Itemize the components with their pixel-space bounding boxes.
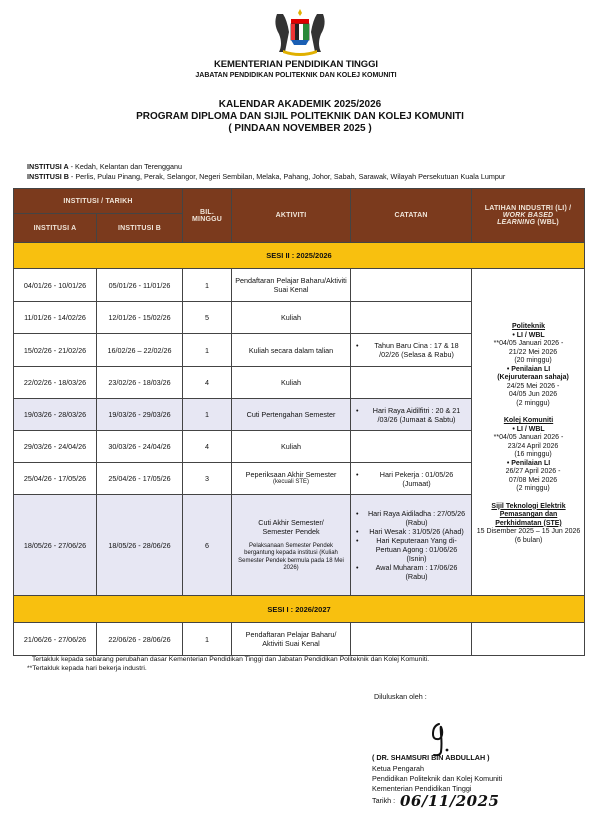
header-bil: BIL.: [200, 209, 214, 216]
notes: [351, 269, 472, 302]
li-politeknik-penilaian-label: Penilaian LI: [476, 366, 581, 375]
activity-text: Cuti Akhir Semester/ Semester Pendek: [236, 518, 346, 537]
week-count: 6: [183, 495, 232, 596]
activity: Kuliah: [232, 367, 351, 399]
date-institusi-a: 18/05/26 - 27/06/26: [14, 495, 97, 596]
activity-subnote: (kecuali STE): [232, 479, 350, 487]
note-item: Hari Raya Aidilfitri : 20 & 21 /03/26 (J…: [356, 406, 467, 424]
date-institusi-b: 23/02/26 - 18/03/26: [97, 367, 183, 399]
notes: [351, 431, 472, 463]
header-institusi-a: INSTITUSI A: [14, 214, 97, 243]
note-item: Hari Wesak : 31/05/26 (Ahad): [356, 527, 467, 536]
date-institusi-b: 05/01/26 - 11/01/26: [97, 269, 183, 302]
note-item: Tahun Baru Cina : 17 & 18 /02/26 (Selasa…: [356, 341, 467, 359]
header-aktiviti: AKTIVITI: [232, 189, 351, 243]
date-institusi-b: 25/04/26 - 17/05/26: [97, 463, 183, 495]
date-institusi-a: 19/03/26 - 28/03/26: [14, 399, 97, 431]
handwritten-signature-icon: [425, 720, 455, 756]
activity-text: Peperiksaan Akhir Semester: [246, 470, 337, 479]
header-institusi-tarikh: INSTITUSI / TARIKH: [14, 189, 183, 214]
signatory-name: ( DR. SHAMSURI BIN ABDULLAH ): [372, 753, 490, 763]
week-count: 1: [183, 334, 232, 367]
footnote-industry: **Tertakluk kepada hari bekerja industri…: [27, 664, 147, 673]
activity: Kuliah: [232, 431, 351, 463]
note-item: Hari Raya Aidiladha : 27/05/26 (Rabu): [356, 509, 467, 527]
institution-a-label: INSTITUSI A: [27, 162, 69, 171]
header-bil-minggu: BIL.MINGGU: [183, 189, 232, 243]
activity: Cuti Akhir Semester/ Semester PendekPela…: [232, 495, 351, 596]
note-item: Awal Muharam : 17/06/26 (Rabu): [356, 563, 467, 581]
latihan-industri-cell: Politeknik LI / WBL **04/05 Januari 2026…: [472, 269, 585, 596]
session-label: SESI I : 2026/2027: [14, 596, 585, 623]
date-institusi-a: 15/02/26 - 21/02/26: [14, 334, 97, 367]
note-item: Hari Pekerja : 01/05/26 (Jumaat): [356, 470, 467, 488]
header-minggu: MINGGU: [192, 216, 222, 223]
header-li-line4: (WBL): [535, 219, 559, 226]
date-institusi-b: 22/06/26 - 28/06/26: [97, 623, 183, 656]
activity-subnote: Pelaksanaan Semester Pendek bergantung k…: [236, 543, 346, 573]
academic-calendar-table: INSTITUSI / TARIKH BIL.MINGGU AKTIVITI C…: [13, 188, 585, 656]
footnote-policy: Tertakluk kepada sebarang perubahan dasa…: [32, 655, 429, 664]
handwritten-date: 06/11/2025: [400, 792, 499, 810]
li-politeknik-dates: **04/05 Januari 2026 -: [494, 340, 564, 347]
date-institusi-b: 30/03/26 - 24/04/26: [97, 431, 183, 463]
li-ste-heading: Sijil Teknologi Elektrik Pemasangan dan …: [476, 503, 581, 529]
date-institusi-b: 12/01/26 - 15/02/26: [97, 302, 183, 334]
session-band: SESI II : 2025/2026: [14, 243, 585, 269]
amendment-note: ( PINDAAN NOVEMBER 2025 ): [0, 123, 592, 135]
notes: [351, 302, 472, 334]
li-kolej-duration: (16 minggu): [476, 451, 581, 460]
signatory-department: Pendidikan Politeknik dan Kolej Komuniti: [372, 774, 502, 784]
activity: Peperiksaan Akhir Semester(kecuali STE): [232, 463, 351, 495]
date-institusi-b: 18/05/26 - 28/06/26: [97, 495, 183, 596]
li-politeknik-penilaian-dates: 24/25 Mei 2026 -: [476, 383, 581, 392]
notes: [351, 367, 472, 399]
date-institusi-b: 16/02/26 – 22/02/26: [97, 334, 183, 367]
week-count: 1: [183, 269, 232, 302]
department-name: JABATAN PENDIDIKAN POLITEKNIK DAN KOLEJ …: [0, 72, 592, 79]
ministry-name: KEMENTERIAN PENDIDIKAN TINGGI: [0, 59, 592, 70]
activity: Cuti Pertengahan Semester: [232, 399, 351, 431]
document-title: KALENDAR AKADEMIK 2025/2026: [0, 99, 592, 111]
week-count: 4: [183, 367, 232, 399]
date-institusi-a: 21/06/26 - 27/06/26: [14, 623, 97, 656]
header-latihan-industri: LATIHAN INDUSTRI (LI) /WORK BASEDLEARNIN…: [472, 189, 585, 243]
header-institusi-b: INSTITUSI B: [97, 214, 183, 243]
institution-a-states: - Kedah, Kelantan dan Terengganu: [69, 162, 182, 171]
date-label: Tarikh :: [372, 796, 395, 806]
institution-b-legend: INSTITUSI B - Perlis, Pulau Pinang, Pera…: [27, 172, 505, 182]
header-li-line3: LEARNING: [497, 219, 535, 226]
header-li-line1: LATIHAN INDUSTRI (LI) /: [485, 205, 572, 212]
institution-b-label: INSTITUSI B: [27, 172, 69, 181]
li-kolej-dates-end: 23/24 April 2026: [476, 443, 581, 452]
date-institusi-b: 19/03/26 - 29/03/26: [97, 399, 183, 431]
header-catatan: CATATAN: [351, 189, 472, 243]
session-label: SESI II : 2025/2026: [14, 243, 585, 269]
li-kolej-penilaian-duration: (2 minggu): [476, 485, 581, 494]
notes: Tahun Baru Cina : 17 & 18 /02/26 (Selasa…: [351, 334, 472, 367]
notes: Hari Raya Aidilfitri : 20 & 21 /03/26 (J…: [351, 399, 472, 431]
institution-a-legend: INSTITUSI A - Kedah, Kelantan dan Tereng…: [27, 162, 182, 172]
li-kolej-penilaian-label: Penilaian LI: [476, 460, 581, 469]
li-kolej-heading: Kolej Komuniti: [476, 417, 581, 426]
activity: Pendaftaran Pelajar Baharu/ Aktiviti Sua…: [232, 623, 351, 656]
li-kolej-penilaian-dates: 26/27 April 2026 -: [476, 468, 581, 477]
document-subtitle: PROGRAM DIPLOMA DAN SIJIL POLITEKNIK DAN…: [0, 111, 592, 123]
activity: Pendaftaran Pelajar Baharu/Aktiviti Suai…: [232, 269, 351, 302]
li-politeknik-wbl-label: LI / WBL: [476, 332, 581, 341]
header-li-line2: WORK BASED: [503, 212, 554, 219]
li-ste-dates: 15 Disember 2025 – 15 Jun 2026 (6 bulan): [476, 528, 581, 545]
note-item: Hari Keputeraan Yang di-Pertuan Agong : …: [356, 536, 467, 563]
date-institusi-a: 29/03/26 - 24/04/26: [14, 431, 97, 463]
li-kolej-dates: **04/05 Januari 2026 -: [494, 434, 564, 441]
activity: Kuliah: [232, 302, 351, 334]
week-count: 4: [183, 431, 232, 463]
date-institusi-a: 25/04/26 - 17/05/26: [14, 463, 97, 495]
table-row: 21/06/26 - 27/06/26 22/06/26 - 28/06/26 …: [14, 623, 585, 656]
week-count: 5: [183, 302, 232, 334]
li-politeknik-penilaian-duration: (2 minggu): [476, 400, 581, 409]
notes: Hari Raya Aidiladha : 27/05/26 (Rabu) Ha…: [351, 495, 472, 596]
li-kolej-wbl-label: LI / WBL: [476, 426, 581, 435]
latihan-industri-cell: [472, 623, 585, 656]
session-band: SESI I : 2026/2027: [14, 596, 585, 623]
institution-b-states: - Perlis, Pulau Pinang, Perak, Selangor,…: [69, 172, 505, 181]
signatory-role: Ketua Pengarah: [372, 764, 424, 774]
week-count: 1: [183, 399, 232, 431]
date-institusi-a: 22/02/26 - 18/03/26: [14, 367, 97, 399]
malaysia-coat-of-arms-icon: [269, 6, 331, 58]
li-kolej-penilaian-dates-end: 07/08 Mei 2026: [476, 477, 581, 486]
approved-by-label: Diluluskan oleh :: [374, 692, 427, 701]
li-politeknik-heading: Politeknik: [476, 323, 581, 332]
notes: [351, 623, 472, 656]
date-institusi-a: 04/01/26 - 10/01/26: [14, 269, 97, 302]
activity: Kuliah secara dalam talian: [232, 334, 351, 367]
li-politeknik-dates-end: 21/22 Mei 2026: [476, 349, 581, 358]
week-count: 1: [183, 623, 232, 656]
table-row: 04/01/26 - 10/01/26 05/01/26 - 11/01/26 …: [14, 269, 585, 302]
notes: Hari Pekerja : 01/05/26 (Jumaat): [351, 463, 472, 495]
date-institusi-a: 11/01/26 - 14/02/26: [14, 302, 97, 334]
li-politeknik-penilaian-dates-end: 04/05 Jun 2026: [476, 391, 581, 400]
li-politeknik-penilaian-note: (Kejuruteraan sahaja): [476, 374, 581, 383]
li-politeknik-duration: (20 minggu): [476, 357, 581, 366]
week-count: 3: [183, 463, 232, 495]
